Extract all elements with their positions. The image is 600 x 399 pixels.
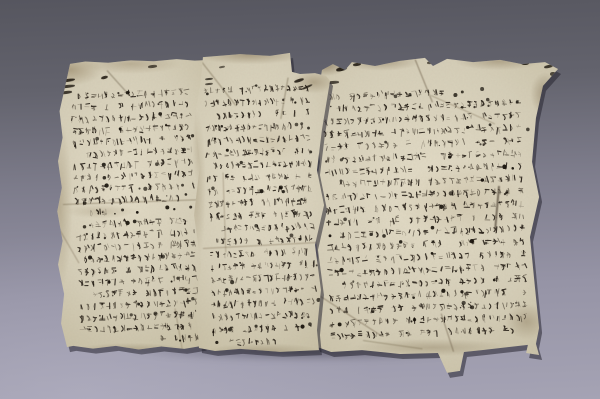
- center-sheet: [193, 52, 335, 354]
- manuscript-photo: [0, 0, 600, 399]
- handwritten-text-layer: [303, 55, 563, 380]
- left-sheet: [55, 58, 207, 353]
- right-sheet: [303, 55, 563, 380]
- handwritten-text-layer: [193, 52, 335, 354]
- handwritten-text-layer: [55, 58, 207, 353]
